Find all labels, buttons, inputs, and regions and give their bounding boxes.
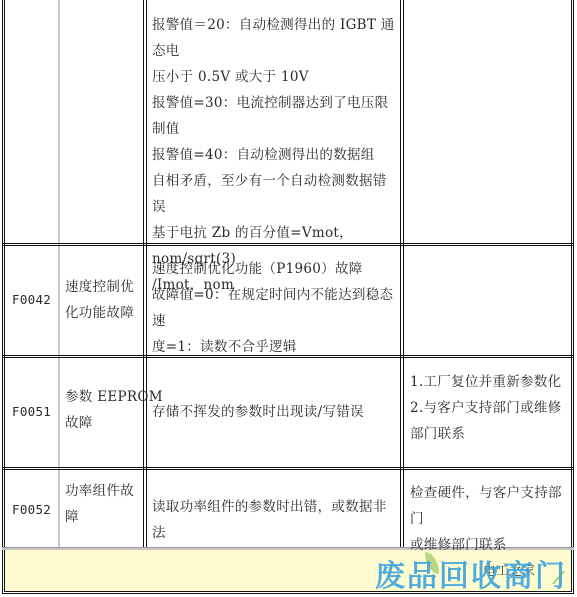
- name-line: 功率组件故: [65, 478, 134, 504]
- name-line: 化功能故障: [65, 300, 134, 326]
- row-divider-3: [2, 467, 574, 470]
- remedy-cell-row-3: 检查硬件，与客户支持部门 或维修部门联系: [410, 480, 572, 558]
- remedy-line: 2.与客户支持部门或维修: [410, 395, 572, 421]
- watermark-large: 废品回收商门: [375, 551, 567, 595]
- cause-line: 度=1：读数不合乎逻辑: [152, 334, 400, 360]
- remedy-line: 部门联系: [410, 421, 572, 447]
- fault-name-row-3: 功率组件故 障: [65, 478, 134, 530]
- cause-cell-row-3: 读取功率组件的参数时出错，或数据非法: [152, 494, 400, 546]
- fault-code-F0051: F0051: [12, 399, 51, 425]
- name-line: 故障: [65, 410, 163, 436]
- footer-bar: 电工之家 废品回收商门 ⟋: [5, 550, 571, 591]
- cause-cell-row-2: 存储不挥发的参数时出现读/写错误: [152, 399, 400, 425]
- cause-line: 自相矛盾，至少有一个自动检测数据错误: [152, 168, 400, 220]
- name-line: 参数 EEPROM: [65, 384, 163, 410]
- fault-name-row-1: 速度控制优 化功能故障: [65, 274, 134, 326]
- trend-up-icon: ⟋: [552, 568, 565, 589]
- cause-cell-row-1: 速度控制优化功能（P1960）故障 故障值=0：在规定时间内不能达到稳态速 度=…: [152, 256, 400, 360]
- cause-line: 存储不挥发的参数时出现读/写错误: [152, 399, 400, 425]
- name-line: 障: [65, 504, 134, 530]
- remedy-line: 1.工厂复位并重新参数化: [410, 369, 572, 395]
- cause-line: 读取功率组件的参数时出错，或数据非法: [152, 494, 400, 546]
- fault-name-row-2: 参数 EEPROM 故障: [65, 384, 163, 436]
- cause-line: 故障值=0：在规定时间内不能达到稳态速: [152, 282, 400, 334]
- fault-code-F0042: F0042: [12, 287, 51, 313]
- fault-code-F0052: F0052: [12, 497, 51, 523]
- cause-line: 报警值＝20：自动检测得出的 IGBT 通态电: [152, 12, 400, 64]
- remedy-cell-row-2: 1.工厂复位并重新参数化 2.与客户支持部门或维修 部门联系: [410, 369, 572, 447]
- cause-line: 速度控制优化功能（P1960）故障: [152, 256, 400, 282]
- remedy-line: 检查硬件，与客户支持部门: [410, 480, 572, 532]
- cause-line: 压小于 0.5V 或大于 10V: [152, 64, 400, 90]
- name-line: 速度控制优: [65, 274, 134, 300]
- cause-line: 报警值=40：自动检测得出的数据组: [152, 142, 400, 168]
- cause-line: 报警值=30：电流控制器达到了电压限制值: [152, 90, 400, 142]
